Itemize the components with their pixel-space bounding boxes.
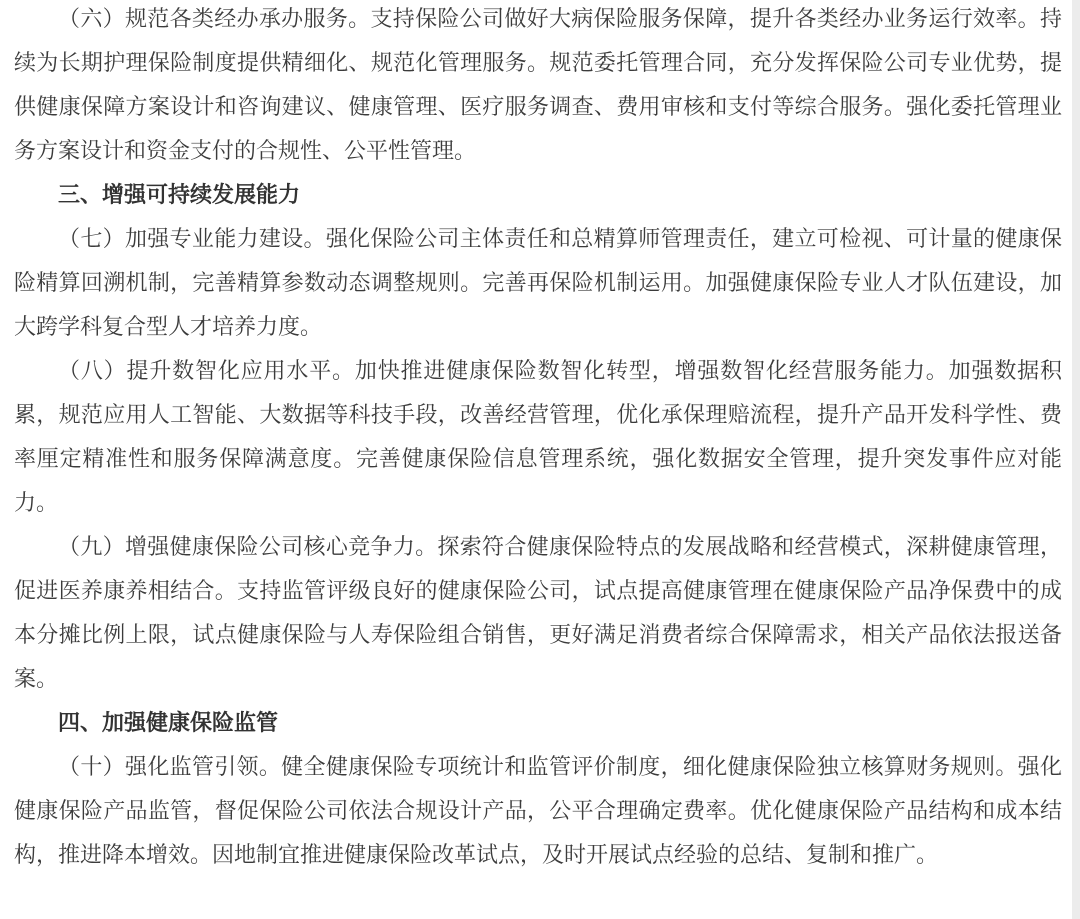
paragraph-item-8: （八）提升数智化应用水平。加快推进健康保险数智化转型，增强数智化经营服务能力。加… bbox=[14, 349, 1062, 525]
paragraph-item-6: （六）规范各类经办承办服务。支持保险公司做好大病保险服务保障，提升各类经办业务运… bbox=[14, 0, 1062, 173]
paragraph-item-10: （十）强化监管引领。健全健康保险专项统计和监管评价制度，细化健康保险独立核算财务… bbox=[14, 745, 1062, 877]
paragraph-item-7: （七）加强专业能力建设。强化保险公司主体责任和总精算师管理责任，建立可检视、可计… bbox=[14, 217, 1062, 349]
paragraph-item-9: （九）增强健康保险公司核心竞争力。探索符合健康保险特点的发展战略和经营模式，深耕… bbox=[14, 525, 1062, 701]
section-heading-4: 四、加强健康保险监管 bbox=[14, 701, 1062, 745]
document-page: （六）规范各类经办承办服务。支持保险公司做好大病保险服务保障，提升各类经办业务运… bbox=[0, 0, 1080, 916]
section-heading-3: 三、增强可持续发展能力 bbox=[14, 173, 1062, 217]
scrollbar-track[interactable] bbox=[1072, 0, 1080, 919]
